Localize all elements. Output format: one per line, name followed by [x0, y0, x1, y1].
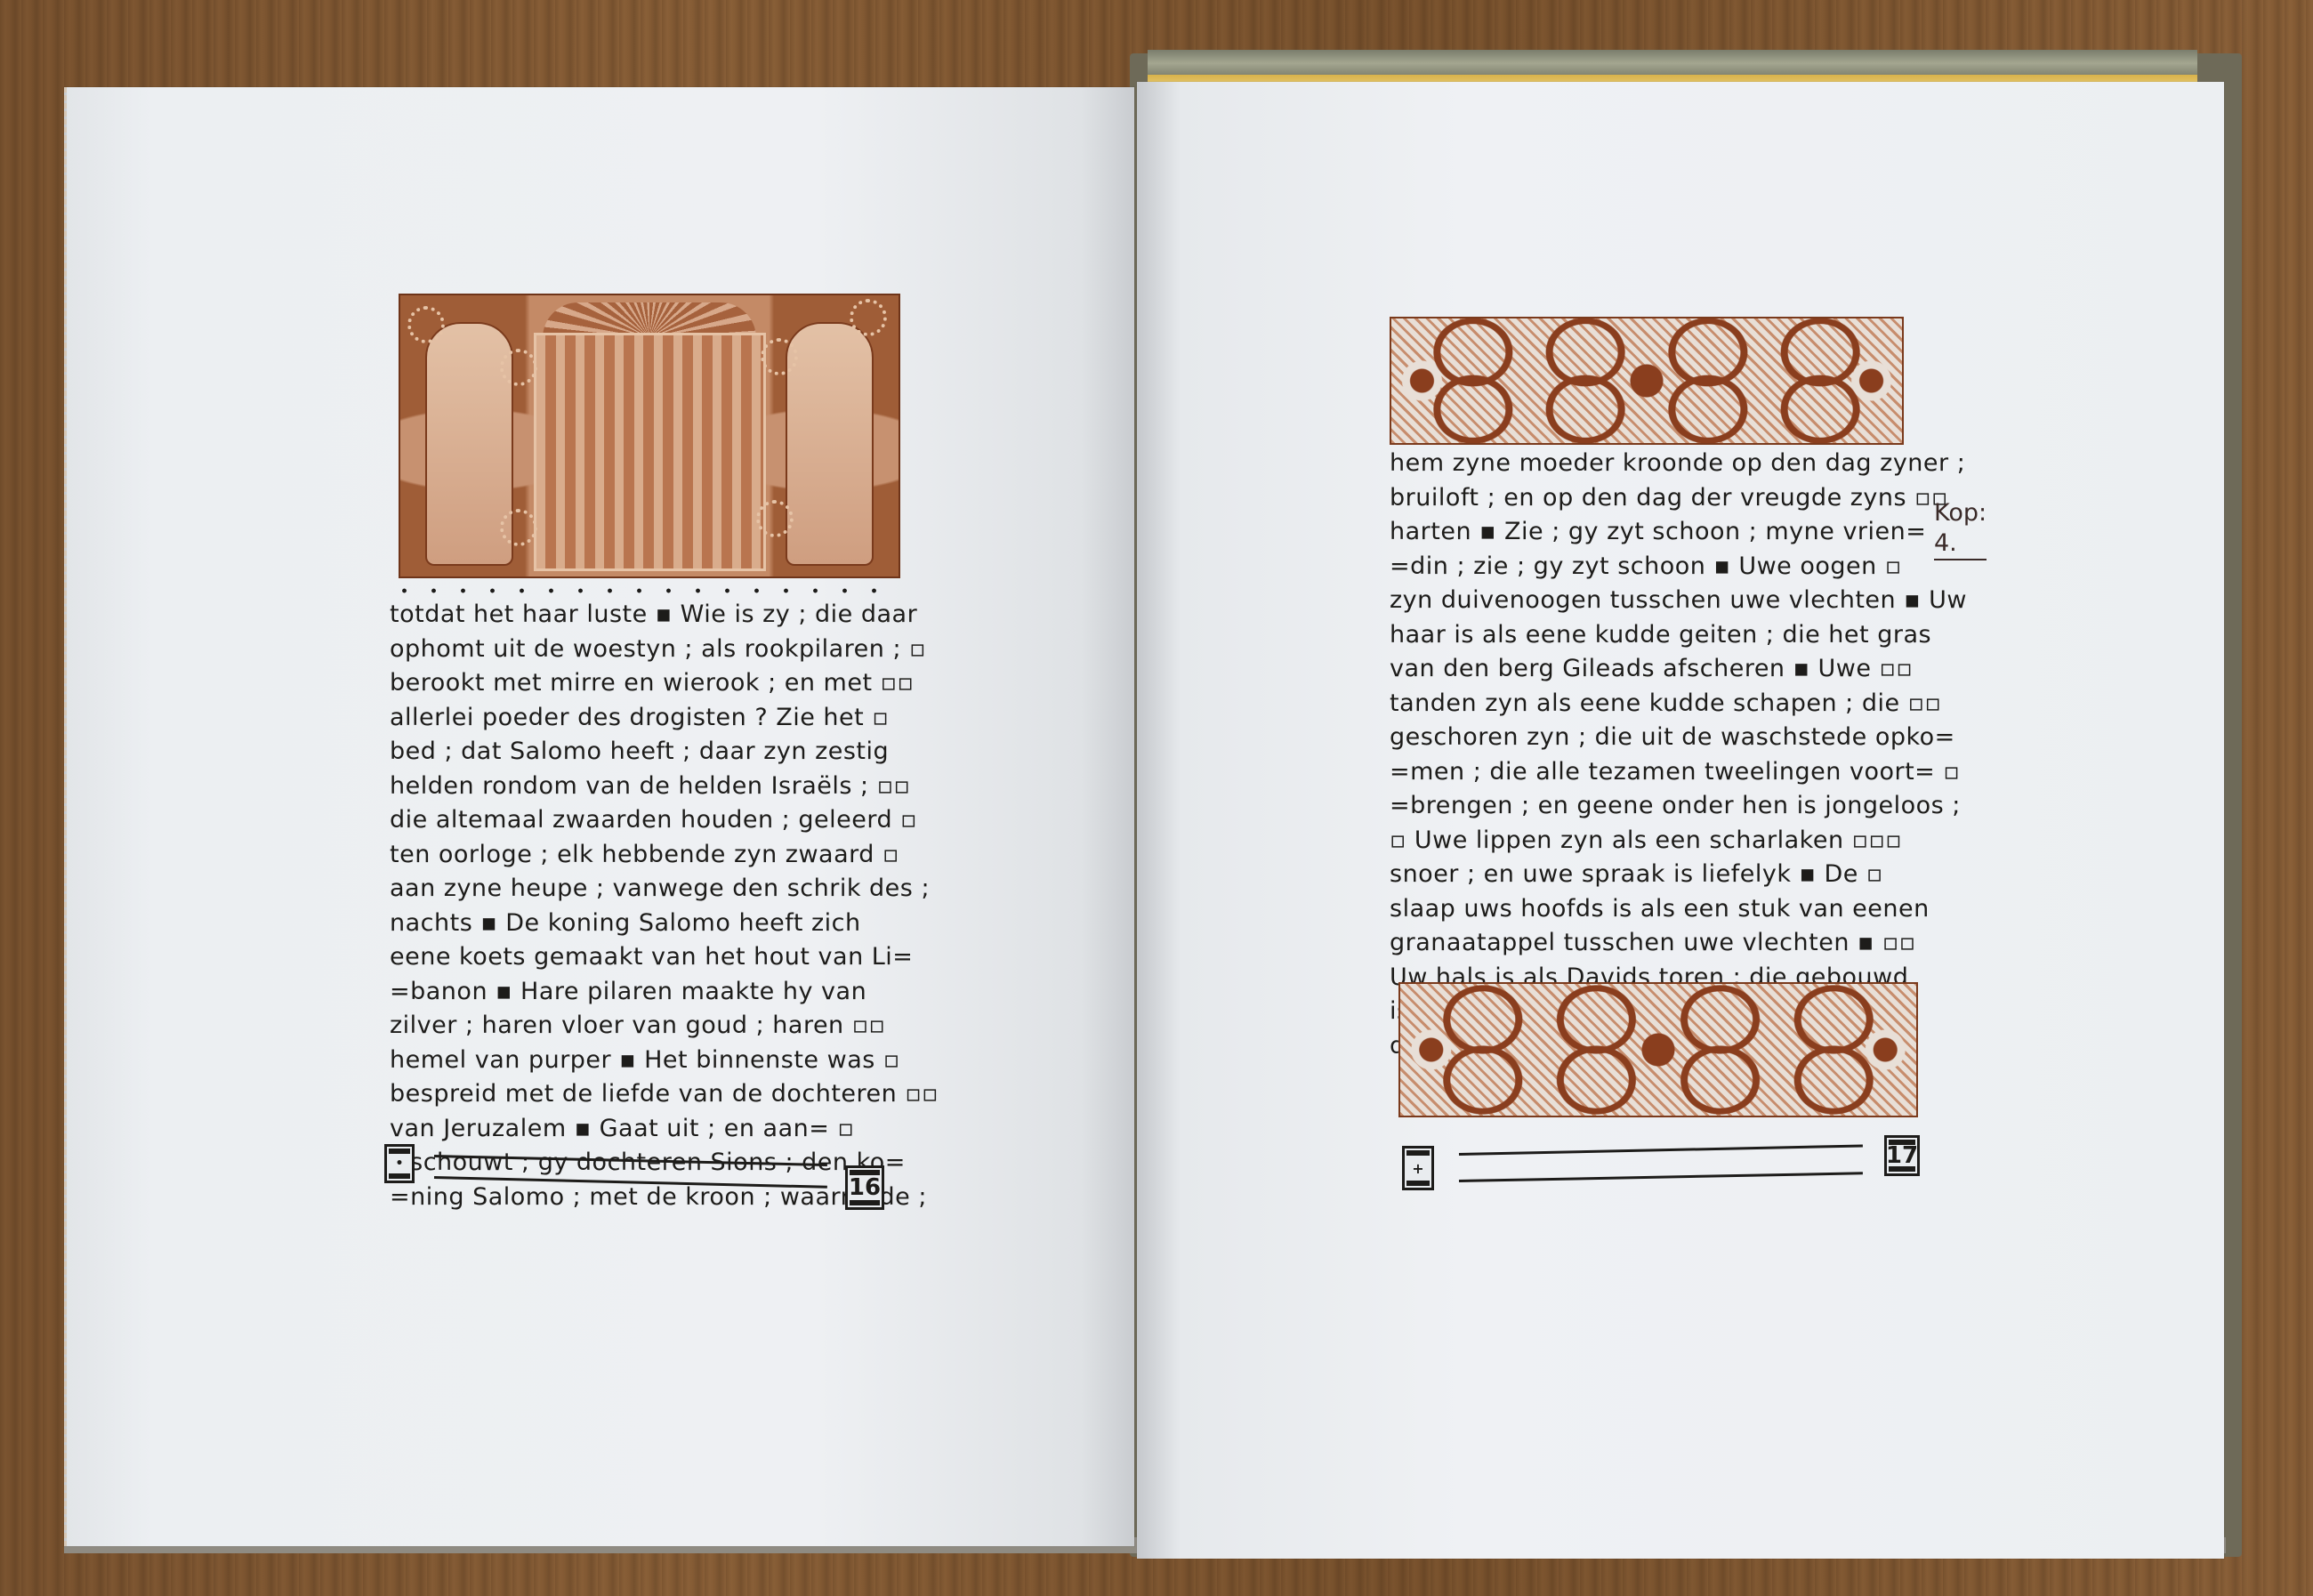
dot-divider: [390, 587, 888, 594]
gate-curtain: [534, 333, 766, 571]
text-line: totdat het haar luste ▪ Wie is zy ; die …: [390, 598, 939, 633]
rosette-icon: [500, 349, 537, 386]
text-line: zyn duivenoogen tusschen uwe vlechten ▪ …: [1390, 584, 1967, 618]
text-line: helden rondom van de helden Israëls ; ▫▫: [390, 770, 939, 804]
text-line: =men ; die alle tezamen tweelingen voort…: [1390, 755, 1967, 790]
text-line: haar is als eene kudde geiten ; die het …: [1390, 618, 1967, 653]
text-line: hem zyne moeder kroonde op den dag zyner…: [1390, 447, 1967, 481]
text-line: granaatappel tusschen uwe vlechten ▪ ▫▫: [1390, 926, 1967, 961]
rosette-icon: [756, 500, 794, 537]
gate-illustration: [399, 294, 900, 578]
page-number-box: 17: [1884, 1135, 1920, 1176]
text-line: =brengen ; en geene onder hen is jongelo…: [1390, 789, 1967, 824]
text-line: eene koets gemaakt van het hout van Li=: [390, 940, 939, 975]
text-line: bed ; dat Salomo heeft ; daar zyn zestig: [390, 735, 939, 770]
text-line: zilver ; haren vloer van goud ; haren ▫▫: [390, 1009, 939, 1044]
book-cover-top-edge: [1148, 50, 2197, 77]
marginal-note: Kop: 4.: [1934, 498, 1987, 560]
text-line: =banon ▪ Hare pilaren maakte hy van: [390, 975, 939, 1010]
text-line: van den berg Gileads afscheren ▪ Uwe ▫▫: [1390, 652, 1967, 687]
ornament-frieze-bottom: [1398, 982, 1918, 1117]
rosette-icon: [500, 509, 537, 546]
right-page-text: hem zyne moeder kroonde op den dag zyner…: [1390, 447, 1967, 1063]
text-line: ophomt uit de woestyn ; als rookpilaren …: [390, 633, 939, 667]
kneeling-archer-right: [786, 322, 874, 566]
cross-square-icon: +: [1402, 1146, 1434, 1190]
text-line: =din ; zie ; gy zyt schoon ▪ Uwe oogen ▫: [1390, 550, 1967, 584]
star-rosette-icon: [407, 306, 445, 343]
rosette-icon: [761, 338, 798, 375]
text-line: slaap uws hoofds is als een stuk van een…: [1390, 892, 1967, 927]
marginal-note-line1: Kop:: [1934, 498, 1987, 528]
text-line: bruiloft ; en op den dag der vreugde zyn…: [1390, 481, 1967, 516]
text-line: ten oorloge ; elk hebbende zyn zwaard ▫: [390, 838, 939, 873]
text-line: hemel van purper ▪ Het binnenste was ▫: [390, 1044, 939, 1078]
text-line: snoer ; en uwe spraak is liefelyk ▪ De ▫: [1390, 858, 1967, 892]
text-line: tanden zyn als eene kudde schapen ; die …: [1390, 687, 1967, 721]
ornament-frieze-top: [1390, 317, 1904, 445]
text-line: geschoren zyn ; die uit de waschstede op…: [1390, 721, 1967, 755]
page-number-box: 16: [845, 1165, 884, 1210]
marginal-note-line2: 4.: [1934, 528, 1987, 560]
text-line: die altemaal zwaarden houden ; geleerd ▫: [390, 803, 939, 838]
dot-square-icon: •: [384, 1144, 415, 1183]
text-line: aan zyne heupe ; vanwege den schrik des …: [390, 872, 939, 907]
text-line: berookt met mirre en wierook ; en met ▫▫: [390, 666, 939, 701]
text-line: ▫ Uwe lippen zyn als een scharlaken ▫▫▫: [1390, 824, 1967, 858]
left-page-text: totdat het haar luste ▪ Wie is zy ; die …: [390, 598, 939, 1214]
text-line: allerlei poeder des drogisten ? Zie het …: [390, 701, 939, 736]
text-line: bespreid met de liefde van de dochteren …: [390, 1077, 939, 1112]
text-line: nachts ▪ De koning Salomo heeft zich: [390, 907, 939, 941]
text-line: harten ▪ Zie ; gy zyt schoon ; myne vrie…: [1390, 515, 1967, 550]
star-rosette-icon: [850, 299, 887, 336]
text-line: van Jeruzalem ▪ Gaat uit ; en aan= ▫: [390, 1112, 939, 1147]
